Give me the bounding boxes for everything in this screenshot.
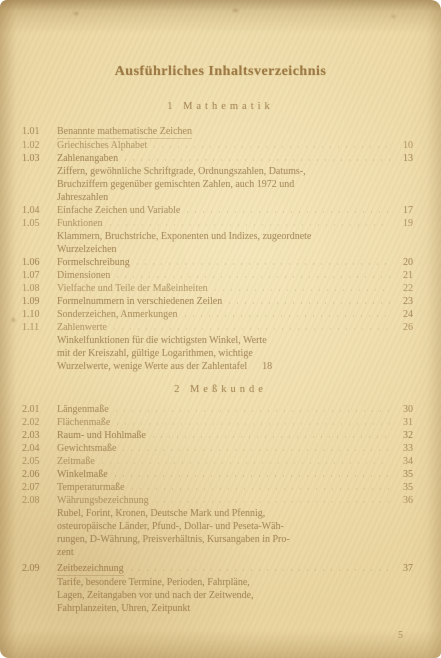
entry-number: 1.10 <box>22 308 57 321</box>
entry-subline: Winkelfunktionen für die wichtigsten Win… <box>57 334 413 347</box>
toc-row: 2.07Temperaturmaße35 <box>22 481 413 494</box>
entry-label: Benannte mathematische Zeichen <box>57 125 192 139</box>
entry-number: 1.01 <box>22 125 57 138</box>
entry-number: 1.07 <box>22 269 57 282</box>
scanned-page: Ausführliches Inhaltsverzeichnis 1 Mathe… <box>0 0 441 658</box>
entry-label: Dimensionen <box>57 269 110 282</box>
entry-number: 2.06 <box>22 468 57 481</box>
toc-row: 1.06Formelschreibung20 <box>22 256 413 269</box>
entry-subline: Tarife, besondere Termine, Perioden, Fah… <box>57 576 413 589</box>
dot-leader <box>110 224 390 226</box>
entry-label: Griechisches Alphabet <box>57 139 147 152</box>
entry-label: Einfache Zeichen und Variable <box>57 204 180 217</box>
entry-page: 26 <box>395 321 413 334</box>
entry-page: 19 <box>395 217 413 230</box>
dot-leader <box>102 462 390 464</box>
entry-subline: rungen, D-Währung, Preisverhältnis, Kurs… <box>57 533 413 546</box>
entry-subline: Bruchziffern gegenüber gemischten Zahlen… <box>57 178 413 191</box>
entry-page: 34 <box>395 455 413 468</box>
entry-number: 2.08 <box>22 494 57 507</box>
entry-number: 2.05 <box>22 455 57 468</box>
toc-row: 1.03Zahlenangaben13 <box>22 152 413 165</box>
entry-number: 2.04 <box>22 442 57 455</box>
toc-row: 2.05Zeitmaße34 <box>22 455 413 468</box>
entry-subline: osteuropäische Länder, Pfund-, Dollar- u… <box>57 520 413 533</box>
entry-page: 21 <box>395 269 413 282</box>
entry-number: 1.02 <box>22 139 57 152</box>
entry-number: 1.08 <box>22 282 57 295</box>
toc-row: 1.08Vielfache und Teile der Maßeinheiten… <box>22 282 413 295</box>
entry-subline: mit der Kreiszahl, gültige Logarithmen, … <box>57 347 413 360</box>
entry-subline: Ziffern, gewöhnliche Schriftgrade, Ordnu… <box>57 165 413 178</box>
entry-page: 36 <box>395 494 413 507</box>
entry-subline: Wurzelzeichen <box>57 243 413 256</box>
entry-number: 2.07 <box>22 481 57 494</box>
section-heading: 2 Meßkunde <box>0 384 441 395</box>
entry-subline: Wurzelwerte, wenige Werte aus der Zahlen… <box>57 360 413 373</box>
entry-page: 22 <box>395 282 413 295</box>
dot-leader <box>154 146 390 148</box>
entry-number: 1.05 <box>22 217 57 230</box>
dot-leader <box>117 276 390 278</box>
entry-subline: Fahrplanzeiten, Uhren, Zeitpunkt <box>57 602 413 615</box>
entry-page: 37 <box>395 562 413 575</box>
entry-page: 13 <box>395 152 413 165</box>
toc-row: 2.08Währungsbezeichnung36 <box>22 494 413 507</box>
entry-subline: Jahreszahlen <box>57 191 413 204</box>
entry-number: 2.02 <box>22 416 57 429</box>
entry-label: Zahlenwerte <box>57 321 107 334</box>
toc-row: 1.07Dimensionen21 <box>22 269 413 282</box>
entry-page: 31 <box>395 416 413 429</box>
dot-leader <box>132 488 390 490</box>
entry-label: Vielfache und Teile der Maßeinheiten <box>57 282 208 295</box>
dot-leader <box>117 423 390 425</box>
entry-subline: Lagen, Zeitangaben vor und nach der Zeit… <box>57 589 413 602</box>
dot-leader <box>215 289 390 291</box>
dot-leader <box>115 475 390 477</box>
scan-speckle <box>233 9 238 12</box>
entry-page: 33 <box>395 442 413 455</box>
entry-number: 1.06 <box>22 256 57 269</box>
entry-page: 17 <box>395 204 413 217</box>
toc-row: 1.09Formelnummern in verschiedenen Zeile… <box>22 295 413 308</box>
entry-number: 1.04 <box>22 204 57 217</box>
entry-page: 20 <box>395 256 413 269</box>
entry-number: 1.03 <box>22 152 57 165</box>
entry-label: Zeitmaße <box>57 455 95 468</box>
scan-speckle <box>12 318 15 322</box>
entry-label: Zeitbezeichnung <box>57 562 124 576</box>
entry-label: Währungsbezeichnung <box>57 494 149 507</box>
dot-leader <box>116 410 390 412</box>
entry-label: Funktionen <box>57 217 103 230</box>
scan-speckle <box>74 12 78 15</box>
dot-leader <box>156 501 390 503</box>
dot-leader <box>153 436 390 438</box>
entry-number: 2.09 <box>22 562 57 575</box>
entry-label: Zahlenangaben <box>57 152 118 165</box>
section-heading: 1 Mathematik <box>0 101 441 112</box>
entry-label: Gewichtsmaße <box>57 442 116 455</box>
toc-section: 2.01Längenmaße302.02Flächenmaße312.03Rau… <box>0 403 441 615</box>
entry-label: Formelschreibung <box>57 256 130 269</box>
entry-number: 2.03 <box>22 429 57 442</box>
entry-label: Temperaturmaße <box>57 481 125 494</box>
scan-speckle <box>392 15 395 18</box>
toc-row: 1.02Griechisches Alphabet10 <box>22 139 413 152</box>
entry-label: Sonderzeichen, Anmerkungen <box>57 308 178 321</box>
dot-leader <box>125 159 390 161</box>
toc-row: 2.06Winkelmaße35 <box>22 468 413 481</box>
page-title: Ausführliches Inhaltsverzeichnis <box>0 0 441 80</box>
toc-row: 2.02Flächenmaße31 <box>22 416 413 429</box>
entry-number: 1.11 <box>22 321 57 334</box>
toc-row: 1.10Sonderzeichen, Anmerkungen24 <box>22 308 413 321</box>
toc-row: 2.03Raum- und Hohlmaße32 <box>22 429 413 442</box>
dot-leader <box>229 302 390 304</box>
entry-page: 24 <box>395 308 413 321</box>
entry-page: 32 <box>395 429 413 442</box>
toc-row: 1.04Einfache Zeichen und Variable17 <box>22 204 413 217</box>
dot-leader <box>114 328 390 330</box>
toc-section: 1.01Benannte mathematische Zeichen1.02Gr… <box>0 125 441 373</box>
toc-row: 2.01Längenmaße30 <box>22 403 413 416</box>
entry-page: 10 <box>395 139 413 152</box>
entry-label: Raum- und Hohlmaße <box>57 429 146 442</box>
toc-row: 2.09Zeitbezeichnung37 <box>22 562 413 576</box>
entry-number: 1.09 <box>22 295 57 308</box>
toc-row: 1.01Benannte mathematische Zeichen <box>22 125 413 139</box>
dot-leader <box>185 315 390 317</box>
entry-label: Flächenmaße <box>57 416 110 429</box>
entry-page: 35 <box>395 468 413 481</box>
dot-leader <box>123 449 390 451</box>
entry-page: 23 <box>395 295 413 308</box>
dot-leader <box>137 263 390 265</box>
entry-label: Formelnummern in verschiedenen Zeilen <box>57 295 222 308</box>
toc: 1 Mathematik1.01Benannte mathematische Z… <box>0 101 441 615</box>
toc-row: 1.05Funktionen19 <box>22 217 413 230</box>
entry-label: Längenmaße <box>57 403 109 416</box>
dot-leader <box>187 211 390 213</box>
entry-subline: zent <box>57 546 413 559</box>
page-number: 5 <box>398 630 403 641</box>
toc-row: 1.11Zahlenwerte26 <box>22 321 413 334</box>
entry-page: 30 <box>395 403 413 416</box>
toc-row: 2.04Gewichtsmaße33 <box>22 442 413 455</box>
entry-label: Winkelmaße <box>57 468 108 481</box>
entry-subline: Klammern, Bruchstriche, Exponenten und I… <box>57 230 413 243</box>
entry-subline: Rubel, Forint, Kronen, Deutsche Mark und… <box>57 507 413 520</box>
dot-leader <box>131 569 390 571</box>
entry-page: 35 <box>395 481 413 494</box>
entry-number: 2.01 <box>22 403 57 416</box>
